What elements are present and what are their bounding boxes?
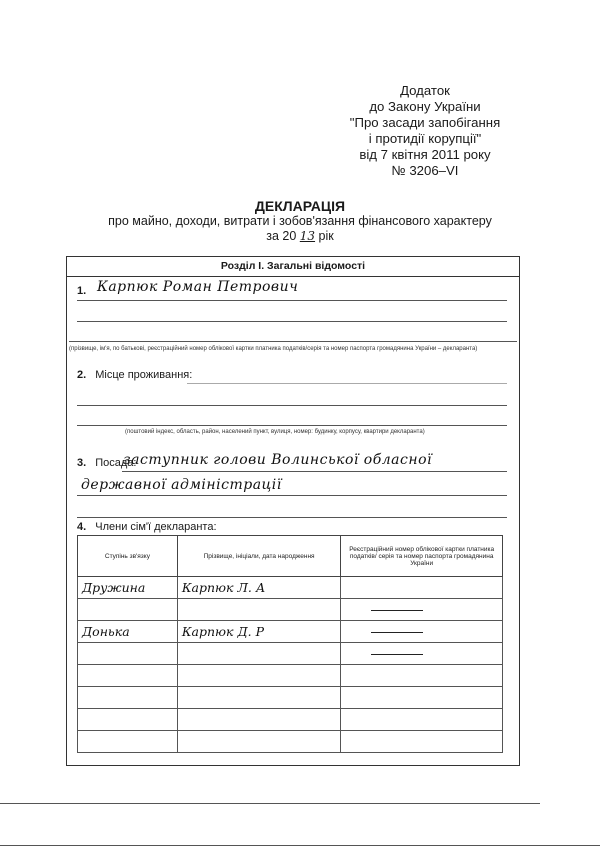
name-cell xyxy=(177,643,340,665)
item-2-number: 2. xyxy=(77,369,86,381)
appendix-line: від 7 квітня 2011 року xyxy=(300,147,550,163)
item-2-caption: (поштовий індекс, область, район, населе… xyxy=(125,429,425,435)
table-row xyxy=(78,643,503,665)
dash-mark xyxy=(371,654,423,655)
dash-mark xyxy=(371,632,423,633)
name-cell xyxy=(177,709,340,731)
relation-cell xyxy=(78,599,178,621)
id-cell xyxy=(341,687,503,709)
year-handwritten: 13 xyxy=(300,229,315,243)
name-cell: Карпюк Л. А xyxy=(177,577,340,599)
table-row xyxy=(78,709,503,731)
section-1-box: Розділ I. Загальні відомості 1. Карпюк Р… xyxy=(66,256,520,766)
address-underline-1 xyxy=(187,383,507,384)
appendix-line: до Закону України xyxy=(300,99,550,115)
name-underline-1 xyxy=(77,300,507,301)
section-1-title: Розділ I. Загальні відомості xyxy=(67,257,519,277)
relation-cell xyxy=(78,709,178,731)
name-cell xyxy=(177,665,340,687)
id-cell xyxy=(341,665,503,687)
address-underline-3 xyxy=(77,425,507,426)
table-row: ДонькаКарпюк Д. Р xyxy=(78,621,503,643)
item-2-text: Місце проживання: xyxy=(95,369,192,381)
declaration-subtitle: про майно, доходи, витрати і зобов'язанн… xyxy=(60,214,540,229)
relation-cell: Донька xyxy=(78,621,178,643)
id-cell xyxy=(341,709,503,731)
table-row xyxy=(78,731,503,753)
relation-cell xyxy=(78,687,178,709)
header-relation: Ступінь зв'язку xyxy=(78,536,178,577)
relation-cell xyxy=(78,643,178,665)
year-prefix: за 20 xyxy=(266,229,296,243)
id-cell xyxy=(341,577,503,599)
appendix-line: № 3206–VI xyxy=(300,163,550,179)
header-id: Реєстраційний номер облікової картки пла… xyxy=(341,536,503,577)
id-cell xyxy=(341,621,503,643)
family-members-table: Ступінь зв'язку Прізвище, ініціали, дата… xyxy=(77,535,503,753)
table-row xyxy=(78,599,503,621)
table-row xyxy=(78,687,503,709)
page-line-2 xyxy=(0,845,600,846)
position-value-line-2: державної адміністрації xyxy=(81,477,282,493)
dash-mark xyxy=(371,610,423,611)
table-row: ДружинаКарпюк Л. А xyxy=(78,577,503,599)
table-row xyxy=(78,665,503,687)
item-2-label: 2. Місце проживання: xyxy=(77,369,192,381)
declaration-title-block: ДЕКЛАРАЦІЯ про майно, доходи, витрати і … xyxy=(60,198,540,244)
relation-cell xyxy=(78,665,178,687)
relation-cell xyxy=(78,731,178,753)
declarant-name-value: Карпюк Роман Петрович xyxy=(97,279,298,295)
position-underline-3 xyxy=(77,517,507,518)
page-line-1 xyxy=(0,803,540,804)
appendix-line: і протидії корупції" xyxy=(300,131,550,147)
item-1-number: 1. xyxy=(77,285,86,297)
position-underline-1 xyxy=(122,471,507,472)
appendix-line: "Про засади запобігання xyxy=(300,115,550,131)
header-name: Прізвище, ініціали, дата народження xyxy=(177,536,340,577)
item-3-number: 3. xyxy=(77,457,86,469)
appendix-line: Додаток xyxy=(300,83,550,99)
name-cell xyxy=(177,687,340,709)
position-underline-2 xyxy=(77,495,507,496)
name-underline-3 xyxy=(69,341,517,342)
position-value-line-1: заступник голови Волинської обласної xyxy=(123,452,432,468)
name-underline-2 xyxy=(77,321,507,322)
id-cell xyxy=(341,643,503,665)
item-4-text: Члени сім'ї декларанта: xyxy=(95,521,216,533)
year-suffix: рік xyxy=(319,229,334,243)
name-cell xyxy=(177,731,340,753)
relation-cell: Дружина xyxy=(78,577,178,599)
declaration-title: ДЕКЛАРАЦІЯ xyxy=(60,198,540,214)
id-cell xyxy=(341,731,503,753)
name-cell: Карпюк Д. Р xyxy=(177,621,340,643)
id-cell xyxy=(341,599,503,621)
item-1-label: 1. xyxy=(77,285,92,297)
item-4-number: 4. xyxy=(77,521,86,533)
item-4-label: 4. Члени сім'ї декларанта: xyxy=(77,521,217,533)
address-underline-2 xyxy=(77,405,507,406)
declaration-year: за 20 13 рік xyxy=(60,229,540,244)
appendix-header: Додаток до Закону України "Про засади за… xyxy=(300,83,550,179)
name-cell xyxy=(177,599,340,621)
item-1-caption: (прізвище, ім'я, по батькові, реєстрацій… xyxy=(69,346,477,352)
